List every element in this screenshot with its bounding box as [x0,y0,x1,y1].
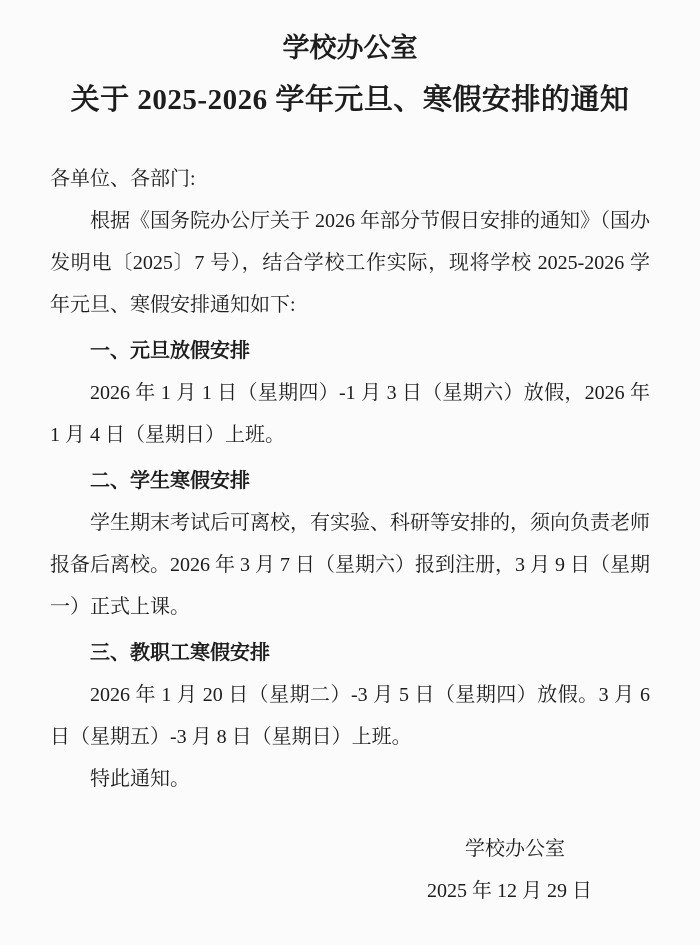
section-1-heading: 一、元旦放假安排 [50,330,650,372]
intro-paragraph: 根据《国务院办公厅关于 2026 年部分节假日安排的通知》（国办发明电〔2025… [50,200,650,326]
section-3-heading: 三、教职工寒假安排 [50,632,650,674]
signature-org: 学校办公室 [50,828,650,870]
document-title-subject: 关于 2025-2026 学年元旦、寒假安排的通知 [50,83,650,117]
notice-document: 学校办公室 关于 2025-2026 学年元旦、寒假安排的通知 各单位、各部门:… [0,0,700,945]
signature-block: 学校办公室 2025 年 12 月 29 日 [50,828,650,912]
salutation: 各单位、各部门: [50,158,650,200]
document-body: 各单位、各部门: 根据《国务院办公厅关于 2026 年部分节假日安排的通知》（国… [50,158,650,912]
section-3-body: 2026 年 1 月 20 日（星期二）-3 月 5 日（星期四）放假。3 月 … [50,674,650,758]
section-2-heading: 二、学生寒假安排 [50,460,650,502]
section-2-body: 学生期末考试后可离校，有实验、科研等安排的，须向负责老师报备后离校。2026 年… [50,502,650,628]
closing-line: 特此通知。 [50,758,650,800]
section-1-body: 2026 年 1 月 1 日（星期四）-1 月 3 日（星期六）放假，2026 … [50,372,650,456]
document-title-org: 学校办公室 [50,33,650,63]
signature-date: 2025 年 12 月 29 日 [50,870,650,912]
